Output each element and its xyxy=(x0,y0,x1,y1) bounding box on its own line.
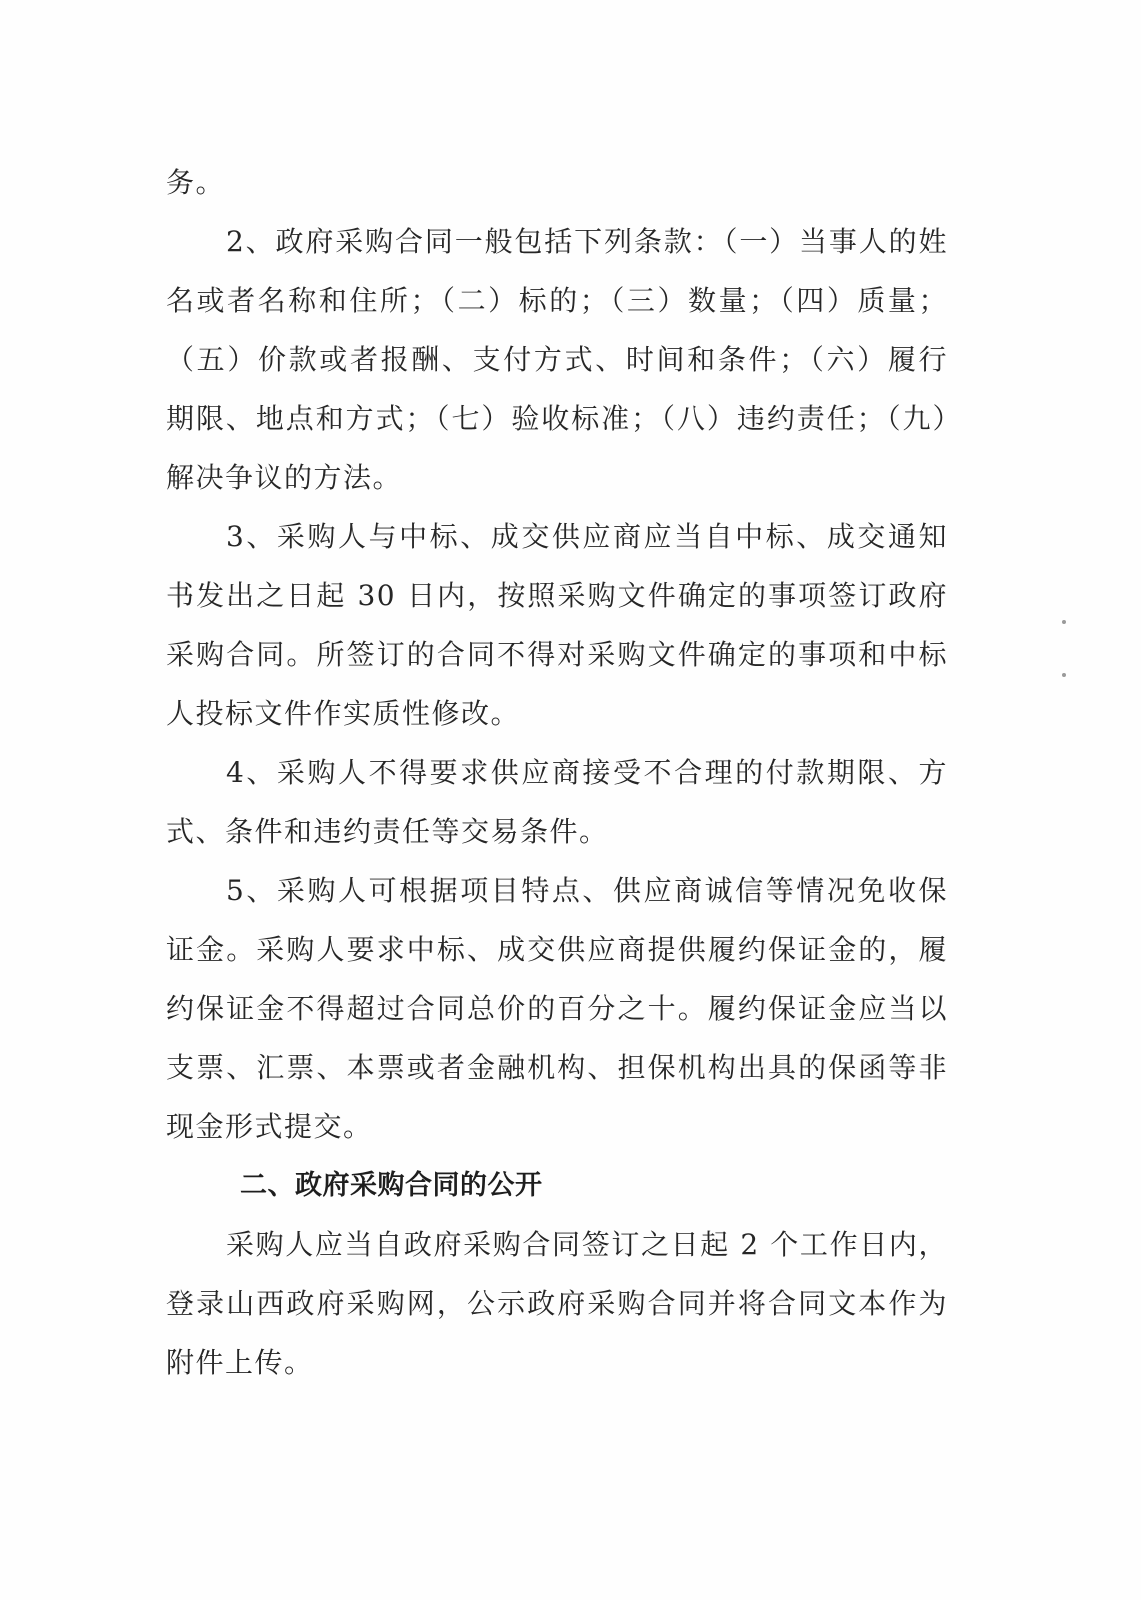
paragraph-item-2-contract-clauses: 2、政府采购合同一般包括下列条款：（一）当事人的姓名或者名称和住所；（二）标的；… xyxy=(166,212,948,507)
paragraph-continuation: 务。 xyxy=(166,153,948,212)
document-body: 务。 2、政府采购合同一般包括下列条款：（一）当事人的姓名或者名称和住所；（二）… xyxy=(166,153,948,1392)
paragraph-item-4-payment-terms: 4、采购人不得要求供应商接受不合理的付款期限、方式、条件和违约责任等交易条件。 xyxy=(166,743,948,861)
scanned-document-page: 务。 2、政府采购合同一般包括下列条款：（一）当事人的姓名或者名称和住所；（二）… xyxy=(0,0,1141,1600)
scan-speck-mark xyxy=(1062,673,1066,677)
section-heading-contract-disclosure: 二、政府采购合同的公开 xyxy=(166,1156,948,1215)
scan-speck-mark xyxy=(1062,620,1066,624)
paragraph-item-5-performance-bond: 5、采购人可根据项目特点、供应商诚信等情况免收保证金。采购人要求中标、成交供应商… xyxy=(166,861,948,1156)
paragraph-item-3-signing-deadline: 3、采购人与中标、成交供应商应当自中标、成交通知书发出之日起 30 日内，按照采… xyxy=(166,507,948,743)
paragraph-disclosure: 采购人应当自政府采购合同签订之日起 2 个工作日内，登录山西政府采购网，公示政府… xyxy=(166,1215,948,1392)
